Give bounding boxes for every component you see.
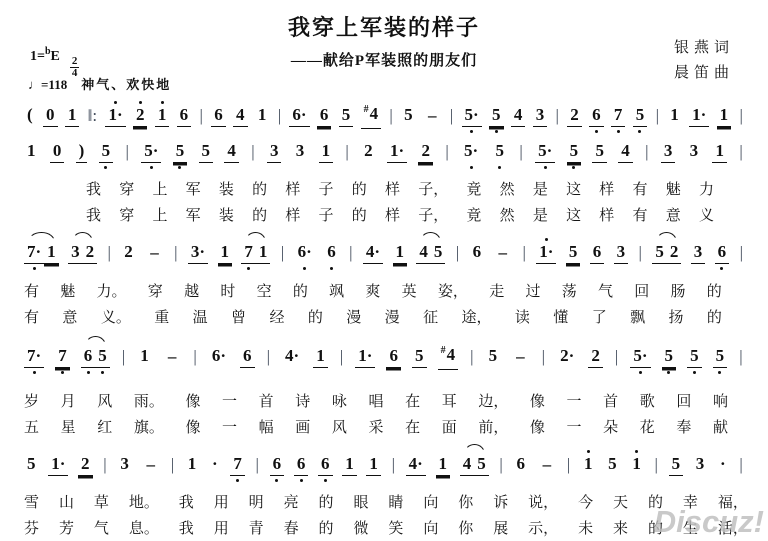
lyrics-row-2: 我穿上军装的样子的样子，竟然是这样有意义: [0, 201, 768, 227]
lyric-syllable: 像: [185, 390, 200, 411]
lyric-syllable: 在: [405, 416, 420, 437]
lyric-syllable: 意: [666, 204, 681, 225]
lyric-syllable: 我: [179, 517, 194, 538]
lyric-syllable: 朵: [603, 416, 618, 437]
lyric-syllable: 懂: [553, 306, 568, 327]
low-octave-dot: [101, 371, 104, 374]
note: 2: [418, 141, 433, 163]
lyric-syllable: 风: [97, 390, 112, 411]
sharp-icon: #: [441, 345, 446, 356]
barline: |: [348, 243, 353, 264]
note: 4: [618, 141, 633, 163]
note: 3: [117, 454, 132, 476]
lyric-syllable: 的: [252, 178, 267, 199]
low-octave-dot: [330, 267, 333, 270]
lyric-syllable: 风: [332, 416, 347, 437]
barline: ‖:: [87, 106, 99, 127]
lyric-syllable: 你: [458, 491, 473, 512]
notation-line-5: 51·2|3–|1·7|66611|4·145|6–|151|53·|: [0, 447, 768, 483]
note: 6: [240, 346, 255, 368]
lyric-syllable: 的: [252, 204, 267, 225]
barline: |: [106, 243, 111, 264]
lyric-syllable: 了: [592, 306, 607, 327]
barline: |: [170, 455, 175, 476]
lyric-syllable: 诗: [295, 390, 310, 411]
note: 6·: [209, 346, 229, 368]
lyric-syllable: 雨。: [134, 390, 164, 411]
note: 6: [317, 105, 332, 127]
slur-arc-icon: [28, 232, 55, 242]
lyric-syllable: 用: [214, 491, 229, 512]
barline: |: [738, 142, 743, 163]
note: 1: [629, 454, 644, 476]
low-octave-dot: [718, 371, 721, 374]
note: 1: [185, 454, 200, 476]
lyric-syllable: 明: [249, 491, 264, 512]
lyric-syllable: 上: [152, 178, 167, 199]
lyric-syllable: 前，: [478, 416, 508, 437]
lyric-syllable: 的: [352, 178, 367, 199]
note: 6: [324, 242, 339, 264]
barline: |: [521, 243, 526, 264]
barline: |: [391, 455, 396, 476]
lyric-syllable: 一: [222, 416, 237, 437]
high-octave-dot: [139, 101, 142, 104]
lyric-syllable: 未: [578, 517, 593, 538]
lyric-syllable: 姿，: [438, 280, 468, 301]
lyric-syllable: 有: [633, 178, 648, 199]
lyric-syllable: 穿: [119, 178, 134, 199]
lyric-syllable: 边，: [478, 390, 508, 411]
note: 7·: [24, 346, 44, 368]
note: 5·: [141, 141, 161, 163]
lyric-syllable: 温: [193, 306, 208, 327]
note: 5·: [630, 346, 650, 368]
barline: |: [192, 347, 197, 368]
note: 5: [339, 105, 354, 127]
note: 5: [24, 454, 39, 476]
lyric-syllable: 地。: [129, 491, 159, 512]
note: 3: [661, 141, 676, 163]
note: 5: [99, 141, 114, 163]
lyric-syllable: 征: [423, 306, 438, 327]
note: 6·: [289, 105, 309, 127]
lyric-syllable: 上: [152, 204, 167, 225]
duration-dash: –: [538, 455, 557, 476]
note: 6: [386, 346, 401, 368]
lyric-syllable: 一: [567, 416, 582, 437]
barline: |: [444, 142, 449, 163]
song-title: 我穿上军装的样子: [0, 0, 768, 42]
note: 1: [712, 141, 727, 163]
notation-line-4: 7·765|1–|6·6|4·1|1·65#4|5–|2·2|5·555|: [0, 339, 768, 375]
lyric-syllable: 英: [402, 280, 417, 301]
key-prefix: 1=: [30, 49, 45, 64]
note: 7: [611, 105, 626, 127]
lyric-syllable: 的: [308, 306, 323, 327]
lyric-syllable: 力。: [97, 280, 127, 301]
lyric-syllable: 诉: [493, 491, 508, 512]
barline: |: [469, 347, 474, 368]
barline: |: [339, 347, 344, 368]
barline: |: [498, 455, 503, 476]
slur-group: 71: [241, 242, 270, 264]
lyric-syllable: 微: [353, 517, 368, 538]
lyric-syllable: 的: [707, 306, 722, 327]
barline: |: [455, 243, 460, 264]
lyric-syllable: 我: [86, 178, 101, 199]
lyrics-row-4: 有意义。重温曾经的漫漫征途，读懂了飘扬的: [0, 303, 768, 329]
low-octave-dot: [247, 267, 250, 270]
note: 2·: [557, 346, 577, 368]
slur-group: 45: [416, 242, 445, 264]
note: 5: [592, 141, 607, 163]
note: 5·: [535, 141, 555, 163]
lyric-syllable: 回: [676, 390, 691, 411]
lyric-syllable: 竟: [466, 204, 481, 225]
note: 2: [78, 454, 93, 476]
lyric-syllable: 子，: [418, 178, 448, 199]
lyrics-row-3: 有魅力。穿越时空的飒爽英姿，走过荡气回肠的: [0, 277, 768, 303]
note: 5: [474, 454, 489, 476]
lyric-syllable: 幅: [259, 416, 274, 437]
sharp-icon: #: [364, 104, 369, 115]
duration-dash: –: [163, 347, 182, 368]
lyric-syllable: 肠: [671, 280, 686, 301]
lyric-syllable: 歌: [640, 390, 655, 411]
lyric-syllable: 的: [319, 517, 334, 538]
note: 5: [95, 346, 110, 368]
note: 5: [493, 141, 508, 163]
lyric-syllable: 奉: [676, 416, 691, 437]
note: 5: [687, 346, 702, 368]
barline: |: [566, 455, 571, 476]
barline: |: [644, 142, 649, 163]
note: 1·: [387, 141, 407, 163]
lyric-syllable: 花: [640, 416, 655, 437]
duration-dash: –: [511, 347, 530, 368]
low-octave-dot: [236, 479, 239, 482]
note: 5: [567, 141, 582, 163]
low-octave-dot: [470, 166, 473, 169]
notation-line-1: (01‖:1·216|641|6·65#4|5–|5·543|2675|11·1…: [0, 98, 768, 134]
duration-dash: –: [494, 243, 513, 264]
low-octave-dot: [595, 130, 598, 133]
note: 5·: [462, 105, 482, 127]
high-octave-dot: [587, 450, 590, 453]
lyric-syllable: 芳: [59, 517, 74, 538]
note: 5·: [461, 141, 481, 163]
note: 6: [270, 454, 285, 476]
note: 0: [50, 141, 65, 163]
note: ·: [717, 454, 729, 476]
barline: |: [614, 347, 619, 368]
lyric-syllable: 今: [578, 491, 593, 512]
note: 1: [24, 141, 39, 163]
lyric-syllable: 子，: [418, 204, 448, 225]
lyric-syllable: 面: [442, 416, 457, 437]
note: 5: [633, 105, 648, 127]
note: 6: [318, 454, 333, 476]
lyric-syllable: 力: [699, 178, 714, 199]
note: 3: [687, 141, 702, 163]
high-octave-dot: [635, 450, 638, 453]
lyric-syllable: 五: [24, 416, 39, 437]
barline: |: [198, 106, 203, 127]
note: 6: [470, 242, 485, 264]
slur-arc-icon: [85, 336, 106, 346]
note: 6: [294, 454, 309, 476]
lyric-syllable: 山: [59, 491, 74, 512]
lyric-syllable: 这: [566, 204, 581, 225]
low-octave-dot: [33, 267, 36, 270]
barline: |: [344, 142, 349, 163]
slur-group: 65: [81, 346, 110, 368]
lyric-syllable: 在: [405, 390, 420, 411]
lyric-syllable: 亮: [284, 491, 299, 512]
barline: |: [280, 243, 285, 264]
lyric-syllable: 飘: [630, 306, 645, 327]
note: ·: [209, 454, 221, 476]
low-octave-dot: [150, 166, 153, 169]
note: 6·: [295, 242, 315, 264]
lyric-syllable: 唱: [368, 390, 383, 411]
barline: |: [541, 347, 546, 368]
note: 6: [177, 105, 192, 127]
lyric-syllable: 旗。: [134, 416, 164, 437]
lyric-syllable: 耳: [442, 390, 457, 411]
low-octave-dot: [572, 166, 575, 169]
lyric-syllable: 像: [530, 416, 545, 437]
lyric-syllable: 你: [458, 517, 473, 538]
note: 3: [693, 454, 708, 476]
low-octave-dot: [275, 479, 278, 482]
note: 2: [588, 346, 603, 368]
note: 2: [567, 105, 582, 127]
slur-arc-icon: [420, 232, 441, 242]
low-octave-dot: [33, 371, 36, 374]
lyric-syllable: 装: [219, 204, 234, 225]
note: 1: [313, 346, 328, 368]
lyric-syllable: 这: [566, 178, 581, 199]
note: 6: [589, 105, 604, 127]
note: 5: [489, 105, 504, 127]
lyric-syllable: 雪: [24, 491, 39, 512]
note: 5: [431, 242, 446, 264]
lyric-syllable: 息。: [129, 517, 159, 538]
tempo-marking: ♩=118神气、欢快地: [28, 74, 171, 93]
lyric-syllable: 响: [713, 390, 728, 411]
lyric-syllable: 然: [500, 178, 515, 199]
note: 6: [715, 242, 730, 264]
header: 我穿上军装的样子 ——献给P军装照的朋友们 银燕词 晨笛曲 1=bE24 ♩=1…: [0, 0, 768, 96]
lyric-syllable: 我: [179, 491, 194, 512]
note: 4·: [363, 242, 383, 264]
song-subtitle: ——献给P军装照的朋友们: [0, 49, 768, 70]
note: 1: [717, 105, 732, 127]
note: 6: [590, 242, 605, 264]
lyric-syllable: 用: [214, 517, 229, 538]
lyric-syllable: 有: [633, 204, 648, 225]
lyric-syllable: 我: [86, 204, 101, 225]
lyrics-row-1: 我穿上军装的样子的样子，竟然是这样有魅力: [0, 175, 768, 201]
note: 4·: [282, 346, 302, 368]
lyric-syllable: 青: [249, 517, 264, 538]
barline: |: [738, 455, 743, 476]
lyric-syllable: 装: [219, 178, 234, 199]
note: 7: [241, 242, 256, 264]
note: 3: [691, 242, 706, 264]
high-octave-dot: [114, 101, 117, 104]
lyric-syllable: 漫: [346, 306, 361, 327]
note: 1: [581, 454, 596, 476]
lyric-syllable: 笑: [388, 517, 403, 538]
barline: |: [277, 106, 282, 127]
low-octave-dot: [544, 166, 547, 169]
lyric-syllable: 一: [567, 390, 582, 411]
note: 5: [486, 346, 501, 368]
lyric-syllable: 咏: [332, 390, 347, 411]
low-octave-dot: [638, 130, 641, 133]
slur-arc-icon: [245, 232, 266, 242]
lyric-syllable: 岁: [24, 390, 39, 411]
barline: |: [518, 142, 523, 163]
barline: |: [124, 142, 129, 163]
lyric-syllable: 读: [515, 306, 530, 327]
lyric-syllable: 魅: [666, 178, 681, 199]
lyric-syllable: 月: [61, 390, 76, 411]
low-octave-dot: [87, 371, 90, 374]
lyric-syllable: 样: [599, 204, 614, 225]
lyric-syllable: 穿: [148, 280, 163, 301]
note: 5: [566, 242, 581, 264]
note: 5: [669, 454, 684, 476]
lyric-syllable: 首: [259, 390, 274, 411]
lyric-syllable: 魅: [60, 280, 75, 301]
note: 1·: [105, 105, 125, 127]
low-octave-dot: [639, 371, 642, 374]
low-octave-dot: [720, 267, 723, 270]
lyric-syllable: 气: [94, 517, 109, 538]
lyric-syllable: 眼: [353, 491, 368, 512]
note: 5: [401, 105, 416, 127]
lyric-syllable: 红: [97, 416, 112, 437]
barline: |: [266, 347, 271, 368]
note: 5: [173, 141, 188, 163]
lyric-syllable: 飒: [329, 280, 344, 301]
note: 1: [218, 242, 233, 264]
lyric-syllable: 过: [525, 280, 540, 301]
note: 1: [393, 242, 408, 264]
note: 3: [533, 105, 548, 127]
lyric-syllable: 献: [713, 416, 728, 437]
lyric-syllable: 的: [293, 280, 308, 301]
lyric-syllable: 芬: [24, 517, 39, 538]
notation-line-2: 10)5|5·554|331|21·2|5·5|5·554|331|: [0, 134, 768, 170]
note: 1: [342, 454, 357, 476]
barline: |: [102, 455, 107, 476]
slur-group: 52: [652, 242, 681, 264]
low-octave-dot: [617, 130, 620, 133]
sheet-music-page: 我穿上军装的样子 ——献给P军装照的朋友们 银燕词 晨笛曲 1=bE24 ♩=1…: [0, 0, 768, 541]
note: 2: [667, 242, 682, 264]
barline: |: [555, 106, 560, 127]
lyric-syllable: 意: [62, 306, 77, 327]
lyric-syllable: 漫: [385, 306, 400, 327]
note: 2: [83, 242, 98, 264]
low-octave-dot: [667, 371, 670, 374]
lyric-syllable: 示，: [528, 517, 558, 538]
lyric-syllable: 穿: [119, 204, 134, 225]
note: 2: [121, 242, 136, 264]
barline: |: [654, 455, 659, 476]
note: 0: [43, 105, 58, 127]
note: 1: [65, 105, 80, 127]
note: 5: [652, 242, 667, 264]
high-octave-dot: [545, 238, 548, 241]
lyric-syllable: 空: [257, 280, 272, 301]
lyric-syllable: 曾: [231, 306, 246, 327]
note: 2: [133, 105, 148, 127]
duration-dash: –: [142, 455, 161, 476]
high-octave-dot: [161, 101, 164, 104]
lyric-syllable: 样: [285, 204, 300, 225]
low-octave-dot: [495, 130, 498, 133]
low-octave-dot: [498, 166, 501, 169]
lyric-syllable: 画: [295, 416, 310, 437]
credits: 银燕词 晨笛曲: [674, 36, 734, 86]
note: 3: [614, 242, 629, 264]
lyric-syllable: 一: [222, 390, 237, 411]
lyric-syllable: 是: [533, 178, 548, 199]
lyric-syllable: 竟: [466, 178, 481, 199]
note: 1: [255, 105, 270, 127]
lyric-syllable: 走: [489, 280, 504, 301]
lyric-syllable: 气: [598, 280, 613, 301]
lyric-syllable: 样: [385, 178, 400, 199]
barline: |: [173, 243, 178, 264]
note: 2: [361, 141, 376, 163]
note: 3·: [188, 242, 208, 264]
lyric-syllable: 途，: [461, 306, 491, 327]
lyric-syllable: 是: [533, 204, 548, 225]
lyric-syllable: 向: [423, 517, 438, 538]
low-octave-dot: [693, 371, 696, 374]
note: 3: [293, 141, 308, 163]
lyric-syllable: 样: [285, 178, 300, 199]
note: 6: [211, 105, 226, 127]
barline: |: [121, 347, 126, 368]
note: 6: [81, 346, 96, 368]
note: #4: [361, 104, 382, 129]
low-octave-dot: [470, 130, 473, 133]
lyricist-credit: 银燕词: [674, 36, 734, 61]
note: 4: [233, 105, 248, 127]
notation-line-3: 7·132|2–|3·171|6·6|4·145|6–|1·563|5236|: [0, 235, 768, 271]
low-octave-dot: [324, 479, 327, 482]
slur-arc-icon: [656, 232, 677, 242]
slur-arc-icon: [464, 444, 485, 454]
slur-group: 45: [460, 454, 489, 476]
note: 4·: [406, 454, 426, 476]
lyric-syllable: 爽: [365, 280, 380, 301]
lyric-syllable: 义。: [101, 306, 131, 327]
lyric-syllable: 时: [220, 280, 235, 301]
lyric-syllable: 的: [352, 204, 367, 225]
lyric-syllable: 来: [613, 517, 628, 538]
barline: |: [255, 455, 260, 476]
lyric-syllable: 经: [269, 306, 284, 327]
